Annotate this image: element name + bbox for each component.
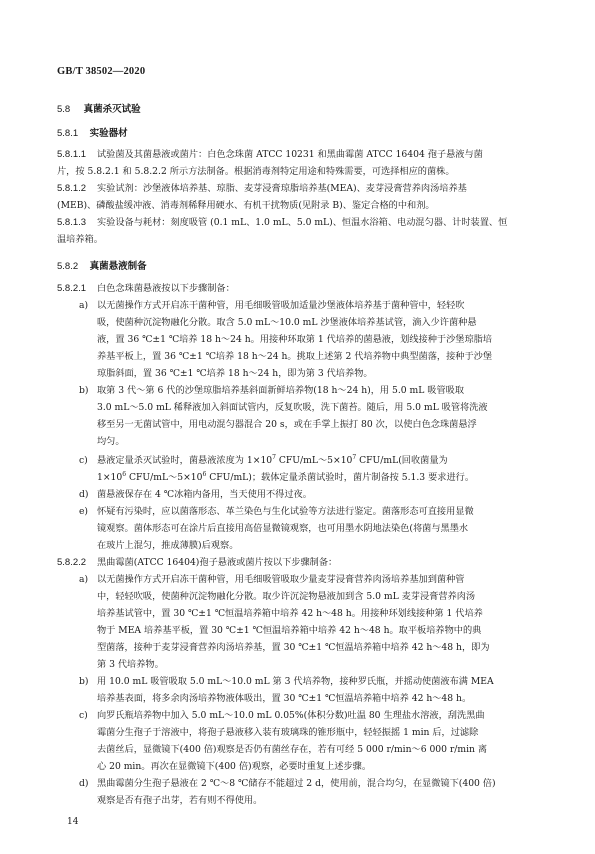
list-item-line: 中，轻轻吹吸，使菌种沉淀物融化分散。取少许沉淀物悬液加到含 5.0 mL 麦芽浸…: [97, 591, 475, 603]
list-item-line: 用 10.0 mL 吸管吸取 5.0 mL～10.0 mL 第 3 代培养物，接…: [97, 676, 494, 688]
list-item-line: 黑曲霉菌分生孢子悬液在 2 ℃～8 ℃储存不能超过 2 d，使用前，混合均匀，在…: [97, 778, 496, 790]
list-item-line: 物于 MEA 培养基平板，置 30 ℃±1 ℃恒温培养箱中培养 42 h～48 …: [97, 625, 481, 637]
section-number: 5.8.1: [57, 128, 87, 139]
list-item-line: 菌悬液保存在 4 ℃冰箱内备用，当天使用不得过夜。: [97, 489, 312, 501]
list-item-line: 在玻片上混匀，推成薄膜)后观察。: [97, 540, 238, 552]
text-segment: 悬液定量杀灭试验时，菌悬液浓度为 1×10: [97, 455, 272, 466]
section-title: 实验器材: [90, 128, 128, 139]
list-item-line: 均匀。: [97, 436, 125, 448]
text-segment: CFU/mL(回收菌量为: [356, 455, 448, 466]
clause-text-line: 实验设备与耗材：刻度吸管 (0.1 mL、1.0 mL、5.0 mL)、恒温水浴…: [97, 217, 507, 229]
standard-code: GB/T 38502—2020: [57, 66, 145, 77]
list-item-line: 以无菌操作方式开启冻干菌种管，用毛细吸管吸加适量沙堡液体培养基于菌种管中，轻轻吹: [97, 300, 465, 312]
list-item-line: 琼脂斜面，置 36 ℃±1 ℃培养 18 h～24 h，即为第 3 代培养物。: [97, 368, 373, 380]
clause-number: 5.8.1.2: [57, 183, 86, 194]
text-segment: CFU/mL)；载体定量杀菌试验时，菌片制备按 5.1.3 要求进行。: [206, 472, 474, 483]
list-item-line: 第 3 代培养物。: [97, 659, 164, 671]
clause-text-line: 实验试剂：沙堡液体培养基、琼脂、麦芽浸膏琼脂培养基(MEA)、麦芽浸膏营养肉汤培…: [97, 183, 467, 195]
section-heading-5-8-1: 5.8.1 实验器材: [57, 125, 128, 139]
list-item-line: 镜观察。菌体形态可在涂片后直接用高倍显微镜观察，也可用墨水阴地法染色(将菌与黑墨…: [97, 523, 468, 535]
section-number: 5.8: [57, 104, 81, 115]
section-title: 真菌杀灭试验: [84, 104, 141, 115]
list-item-line: 观察是否有孢子出芽，若有则不得使用。: [97, 795, 262, 807]
clause-text-line: 温培养箱。: [57, 234, 103, 246]
section-number: 5.8.2: [57, 261, 87, 272]
list-item-line: 心 20 min。再次在显微镜下(400 倍)观察，必要时重复上述步骤。: [97, 761, 371, 773]
section-heading-5-8-2: 5.8.2 真菌悬液制备: [57, 258, 147, 272]
clause-intro: 白色念珠菌悬液按以下步骤制备：: [97, 283, 235, 295]
text-segment: 1×10: [97, 472, 122, 483]
list-item-line: 养基平板上，置 36 ℃±1 ℃培养 18 h～24 h。挑取上述第 2 代培养…: [97, 351, 492, 363]
section-heading-5-8: 5.8 真菌杀灭试验: [57, 101, 141, 115]
list-marker: c): [79, 455, 88, 466]
list-item-line: 型菌落，接种于麦芽浸膏营养肉汤培养基，置 30 ℃±1 ℃恒温培养箱中培养 42…: [97, 642, 490, 654]
clause-text-line: 片，按 5.8.2.1 和 5.8.2.2 所示方法制备。根据消毒剂特定用途和特…: [57, 166, 455, 178]
list-marker: c): [79, 710, 88, 721]
list-marker: b): [79, 385, 88, 396]
list-marker: b): [79, 676, 88, 687]
list-marker: a): [79, 574, 88, 585]
list-item-line: 吸，使菌种沉淀物融化分散。取含 5.0 mL～10.0 mL 沙堡液体培养基试管…: [97, 317, 477, 329]
clause-number: 5.8.2.2: [57, 557, 86, 568]
list-item-line: 移至另一无菌试管中，用电动混匀器混合 20 s，或在手掌上振打 80 次，以使白…: [97, 419, 477, 431]
list-item-line: 液，置 36 ℃±1 ℃培养 18 h～24 h。用接种环取第 1 代培养的菌悬…: [97, 334, 492, 346]
clause-number: 5.8.2.1: [57, 283, 86, 294]
clause-text-line: 试验菌及其菌悬液或菌片：白色念珠菌 ATCC 10231 和黑曲霉菌 ATCC …: [97, 149, 483, 161]
list-marker: d): [79, 778, 88, 789]
text-segment: CFU/mL～5×10: [276, 455, 352, 466]
list-item-line: 怀疑有污染时，应以菌落形态、革兰染色与生化试验等方法进行鉴定。菌落形态可直接用显…: [97, 506, 474, 518]
clause-number: 5.8.1.1: [57, 149, 86, 160]
list-item-line: 1×106 CFU/mL～5×106 CFU/mL)；载体定量杀菌试验时，菌片制…: [97, 472, 474, 484]
document-page: GB/T 38502—2020 5.8 真菌杀灭试验 5.8.1 实验器材 5.…: [0, 0, 595, 854]
list-item-line: 3.0 mL～5.0 mL 稀释液加入斜面试管内，反复吹吸，洗下菌苔。随后，用 …: [97, 402, 488, 414]
list-item-line: 培养基试管中，置 30 ℃±1 ℃恒温培养箱中培养 42 h～48 h。用接种环…: [97, 608, 483, 620]
section-title: 真菌悬液制备: [90, 261, 147, 272]
list-marker: e): [79, 506, 88, 517]
list-item-line: 霉菌分生孢子于溶液中，将孢子悬液移入装有玻璃珠的锥形瓶中，轻轻振摇 1 min …: [97, 727, 478, 739]
list-marker: d): [79, 489, 88, 500]
list-marker: a): [79, 300, 88, 311]
text-segment: CFU/mL～5×10: [126, 472, 202, 483]
clause-number: 5.8.1.3: [57, 217, 86, 228]
clause-text-line: (MEB)、磷酸盐缓冲液、消毒剂稀释用硬水、有机干扰物质(见附录 B)、鉴定合格…: [57, 200, 435, 212]
page-number: 14: [67, 817, 78, 827]
list-item-line: 悬液定量杀灭试验时，菌悬液浓度为 1×107 CFU/mL～5×107 CFU/…: [97, 455, 448, 467]
clause-intro: 黑曲霉菌(ATCC 16404)孢子悬液或菌片按以下步骤制备：: [97, 557, 337, 569]
list-item-line: 向罗氏瓶培养物中加入 5.0 mL～10.0 mL 0.05%(体积分数)吐温 …: [97, 710, 485, 722]
list-item-line: 培养基表面，将多余肉汤培养物液体吸出，置 30 ℃±1 ℃恒温培养箱中培养 42…: [97, 693, 471, 705]
list-item-line: 以无菌操作方式开启冻干菌种管，用毛细吸管吸取少量麦芽浸膏营养肉汤培养基加到菌种管: [97, 574, 465, 586]
list-item-line: 取第 3 代～第 6 代的沙堡琼脂培养基斜面新鲜培养物(18 h～24 h)，用…: [97, 385, 464, 397]
list-item-line: 去菌丝后，显微镜下(400 倍)观察是否仍有菌丝存在，若有可经 5 000 r/…: [97, 744, 487, 756]
